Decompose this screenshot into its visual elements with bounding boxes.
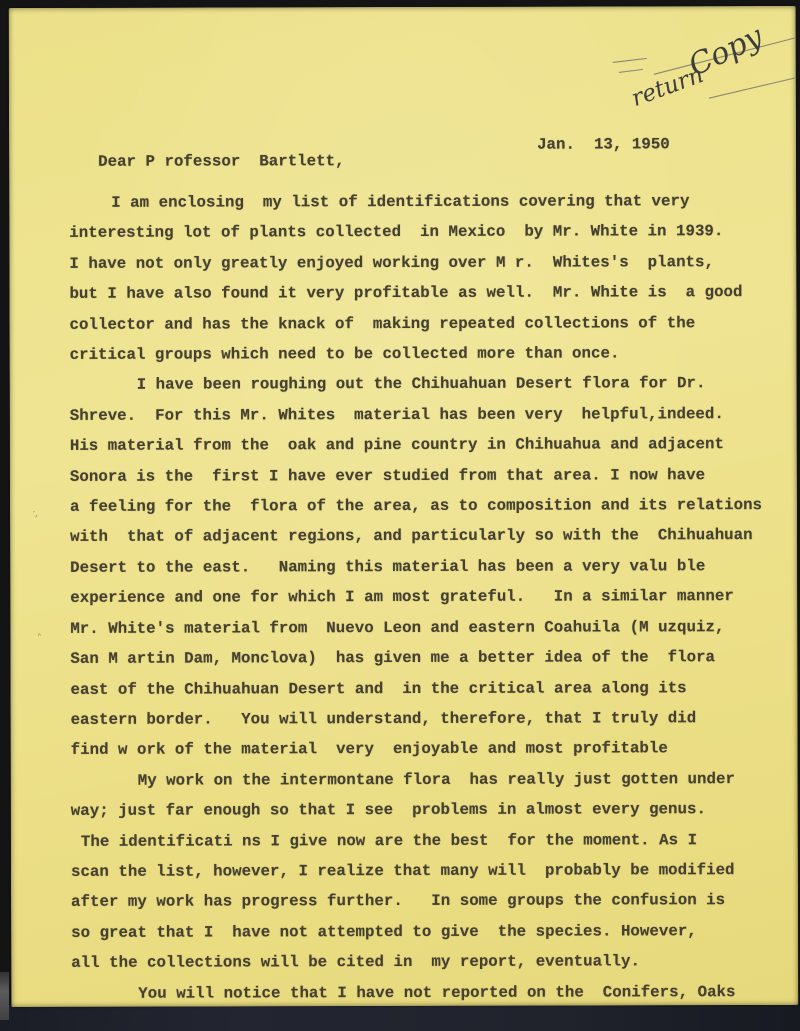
handwritten-annotation: Copy return xyxy=(609,22,799,122)
letter-line-text: Desert to the east. Naming this material… xyxy=(70,557,705,577)
letter-line: after my work has progress further. In s… xyxy=(71,885,798,917)
letter-line-text: Sonora is the first I have ever studied … xyxy=(70,466,705,486)
letter-line: so great that I have not attempted to gi… xyxy=(71,916,798,948)
letter-line: way; just far enough so that I see probl… xyxy=(71,794,798,826)
letter-line-text: San M artin Dam, Monclova) has given me … xyxy=(70,648,715,668)
letter-line: interesting lot of plants collected in M… xyxy=(69,216,796,248)
letter-line: I have been roughing out the Chihuahuan … xyxy=(70,368,797,400)
letter-line: critical groups which need to be collect… xyxy=(70,338,797,370)
letter-line: My work on the intermontane flora has re… xyxy=(71,764,798,796)
letter-line: a feeling for the flora of the area, as … xyxy=(70,490,797,522)
letter-line-text: after my work has progress further. In s… xyxy=(71,892,725,912)
letter-line: Shreve. For this Mr. Whites material has… xyxy=(70,399,797,431)
letter-line-text: Shreve. For this Mr. Whites material has… xyxy=(70,405,724,425)
pen-stroke xyxy=(709,78,795,98)
salutation: Dear P rofessor Bartlett, xyxy=(98,152,345,171)
letter-line-text: I am enclosing my list of identification… xyxy=(111,192,689,212)
letter-line: San M artin Dam, Monclova) has given me … xyxy=(70,642,797,674)
letter-line: east of the Chihuahuan Desert and in the… xyxy=(70,672,797,704)
letter-line-text: experience and one for which I am most g… xyxy=(70,587,734,607)
date-line: Jan. 13, 1950 xyxy=(537,135,670,153)
letter-line: all the collections will be cited in my … xyxy=(71,946,798,978)
letter-line-text: I have been roughing out the Chihuahuan … xyxy=(137,375,706,394)
letter-line: collector and has the knack of making re… xyxy=(69,308,796,340)
letter-line-text: but I have also found it very profitable… xyxy=(69,283,742,303)
letter-line-text: You will notice that I have not reported… xyxy=(138,983,735,1003)
letter-line-text: Mr. White's material from Nuevo Leon and… xyxy=(70,618,724,638)
pen-stroke xyxy=(619,69,643,72)
letter-line: scan the list, however, I realize that m… xyxy=(71,855,798,887)
letter-line: find w ork of the material very enjoyabl… xyxy=(71,733,798,765)
letter-line-text: collector and has the knack of making re… xyxy=(69,314,695,334)
letter-line-text: a feeling for the flora of the area, as … xyxy=(70,496,762,516)
letter-line-text: critical groups which need to be collect… xyxy=(70,344,620,363)
letter-line: I am enclosing my list of identification… xyxy=(69,186,796,218)
pen-stroke xyxy=(613,58,647,62)
letter-body: I am enclosing my list of identification… xyxy=(9,186,798,1009)
letter-line: Sonora is the first I have ever studied … xyxy=(70,460,797,492)
letter-line-text: east of the Chihuahuan Desert and in the… xyxy=(70,679,686,699)
letter-line-text: way; just far enough so that I see probl… xyxy=(71,800,706,820)
letter-line-text: find w ork of the material very enjoyabl… xyxy=(71,740,668,760)
letter-line-text: My work on the intermontane flora has re… xyxy=(138,770,735,790)
letter-line: I have not only greatly enjoyed working … xyxy=(69,247,796,279)
letter-line-text: so great that I have not attempted to gi… xyxy=(71,922,697,942)
photo-background: { "annotation": { "word_top": "Copy", "w… xyxy=(0,0,800,1031)
table-edge xyxy=(0,972,9,1020)
letter-line-text: His material from the oak and pine count… xyxy=(70,435,724,455)
letter-line-text: interesting lot of plants collected in M… xyxy=(69,223,723,243)
letter-line: eastern border. You will understand, the… xyxy=(71,703,798,735)
letter-line-text: eastern border. You will understand, the… xyxy=(71,709,697,729)
letter-line: experience and one for which I am most g… xyxy=(70,581,797,613)
letter-line-text: The identificati ns I give now are the b… xyxy=(81,831,697,851)
letter-line-text: all the collections will be cited in my … xyxy=(71,953,640,972)
letter-line: His material from the oak and pine count… xyxy=(70,429,797,461)
letter-line-text: scan the list, however, I realize that m… xyxy=(71,861,735,881)
letter-line: Mr. White's material from Nuevo Leon and… xyxy=(70,612,797,644)
letter-page: Copy return Jan. 13, 1950 Dear P rofesso… xyxy=(9,6,799,1007)
letter-line: You will notice that I have not reported… xyxy=(71,977,798,1009)
letter-line-text: I have not only greatly enjoyed working … xyxy=(69,253,714,273)
letter-line: with that of adjacent regions, and parti… xyxy=(70,520,797,552)
letter-line: but I have also found it very profitable… xyxy=(69,277,796,309)
letter-line: Desert to the east. Naming this material… xyxy=(70,551,797,583)
letter-line: The identificati ns I give now are the b… xyxy=(71,825,798,857)
photo-bottom-shadow xyxy=(0,1005,800,1031)
letter-line-text: with that of adjacent regions, and parti… xyxy=(70,527,753,547)
